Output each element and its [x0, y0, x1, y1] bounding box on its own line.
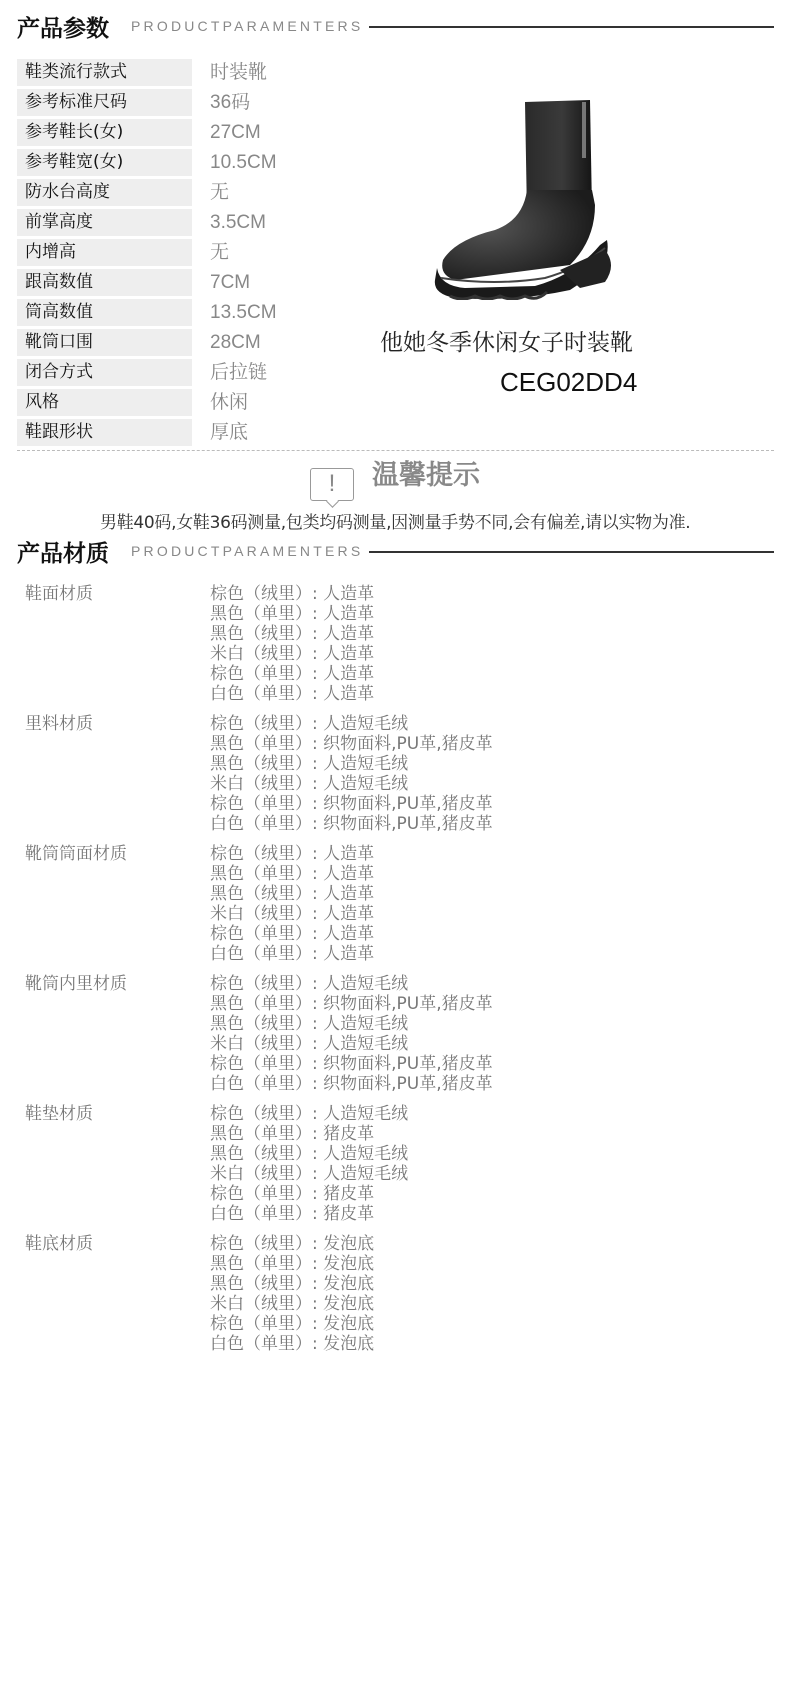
section-title: 产品材质 — [17, 535, 109, 568]
param-value: 无 — [210, 239, 229, 269]
param-label: 参考鞋宽(女) — [17, 149, 192, 176]
param-row: 风格休闲 — [17, 389, 397, 419]
material-value: 棕色（单里）: 人造革 — [210, 664, 374, 684]
material-value: 米白（绒里）: 人造短毛绒 — [210, 1034, 493, 1054]
material-value: 黑色（绒里）: 人造革 — [210, 624, 374, 644]
param-label: 鞋类流行款式 — [17, 59, 192, 86]
material-value: 米白（绒里）: 人造革 — [210, 904, 374, 924]
material-value: 棕色（绒里）: 人造革 — [210, 584, 374, 604]
param-label: 筒高数值 — [17, 299, 192, 326]
param-label: 鞋跟形状 — [17, 419, 192, 446]
material-value: 米白（绒里）: 人造革 — [210, 644, 374, 664]
material-value: 白色（单里）: 人造革 — [210, 684, 374, 704]
param-label: 内增高 — [17, 239, 192, 266]
material-label: 鞋面材质 — [17, 584, 210, 714]
material-group: 靴筒内里材质 棕色（绒里）: 人造短毛绒 黑色（单里）: 织物面料,PU革,猪皮… — [17, 974, 757, 1104]
param-label: 跟高数值 — [17, 269, 192, 296]
section-subtitle: PRODUCTPARAMENTERS — [131, 18, 363, 34]
material-value: 棕色（绒里）: 人造短毛绒 — [210, 974, 493, 994]
param-value: 36码 — [210, 89, 250, 119]
material-group: 鞋垫材质 棕色（绒里）: 人造短毛绒 黑色（单里）: 猪皮革 黑色（绒里）: 人… — [17, 1104, 757, 1234]
material-value: 黑色（绒里）: 发泡底 — [210, 1274, 374, 1294]
material-value: 棕色（绒里）: 发泡底 — [210, 1234, 374, 1254]
param-label: 参考鞋长(女) — [17, 119, 192, 146]
materials-list: 鞋面材质 棕色（绒里）: 人造革 黑色（单里）: 人造革 黑色（绒里）: 人造革… — [17, 584, 757, 1364]
param-row: 参考标准尺码36码 — [17, 89, 397, 119]
material-value: 黑色（单里）: 发泡底 — [210, 1254, 374, 1274]
param-row: 参考鞋宽(女)10.5CM — [17, 149, 397, 179]
param-row: 防水台高度无 — [17, 179, 397, 209]
param-value: 厚底 — [210, 419, 248, 449]
param-label: 前掌高度 — [17, 209, 192, 236]
material-value: 棕色（绒里）: 人造短毛绒 — [210, 1104, 408, 1124]
param-label: 闭合方式 — [17, 359, 192, 386]
section-header-params: 产品参数 PRODUCTPARAMENTERS — [17, 6, 774, 46]
material-value: 棕色（绒里）: 人造革 — [210, 844, 374, 864]
material-label: 靴筒内里材质 — [17, 974, 210, 1104]
material-value: 白色（单里）: 织物面料,PU革,猪皮革 — [210, 1074, 493, 1094]
material-value: 米白（绒里）: 人造短毛绒 — [210, 1164, 408, 1184]
param-row: 鞋跟形状厚底 — [17, 419, 397, 449]
param-value: 3.5CM — [210, 209, 266, 239]
material-label: 鞋垫材质 — [17, 1104, 210, 1234]
param-value: 13.5CM — [210, 299, 277, 329]
material-group: 里料材质 棕色（绒里）: 人造短毛绒 黑色（单里）: 织物面料,PU革,猪皮革 … — [17, 714, 757, 844]
param-row: 前掌高度3.5CM — [17, 209, 397, 239]
material-value: 白色（单里）: 猪皮革 — [210, 1204, 408, 1224]
material-value: 黑色（绒里）: 人造短毛绒 — [210, 1014, 493, 1034]
material-label: 靴筒筒面材质 — [17, 844, 210, 974]
tip-title: 温馨提示 — [372, 453, 480, 492]
param-value: 10.5CM — [210, 149, 277, 179]
material-value: 棕色（绒里）: 人造短毛绒 — [210, 714, 493, 734]
material-value: 棕色（单里）: 织物面料,PU革,猪皮革 — [210, 1054, 493, 1074]
material-group: 鞋面材质 棕色（绒里）: 人造革 黑色（单里）: 人造革 黑色（绒里）: 人造革… — [17, 584, 757, 714]
param-row: 闭合方式后拉链 — [17, 359, 397, 389]
section-title: 产品参数 — [17, 10, 109, 43]
section-subtitle: PRODUCTPARAMENTERS — [131, 543, 363, 559]
exclamation-speech-bubble-icon: ! — [310, 468, 354, 501]
param-label: 靴筒口围 — [17, 329, 192, 356]
material-value: 棕色（单里）: 猪皮革 — [210, 1184, 408, 1204]
material-value: 白色（单里）: 发泡底 — [210, 1334, 374, 1354]
section-header-materials: 产品材质 PRODUCTPARAMENTERS — [17, 531, 774, 571]
param-row: 跟高数值7CM — [17, 269, 397, 299]
param-row: 内增高无 — [17, 239, 397, 269]
header-rule — [369, 26, 774, 28]
param-value: 时装靴 — [210, 59, 267, 89]
param-value: 后拉链 — [210, 359, 267, 389]
material-value: 棕色（单里）: 发泡底 — [210, 1314, 374, 1334]
tip-text: 男鞋40码,女鞋36码测量,包类均码测量,因测量手势不同,会有偏差,请以实物为准… — [0, 508, 790, 533]
material-value: 黑色（单里）: 人造革 — [210, 864, 374, 884]
param-row: 鞋类流行款式时装靴 — [17, 59, 397, 89]
param-value: 7CM — [210, 269, 250, 299]
param-value: 休闲 — [210, 389, 248, 419]
material-value: 黑色（单里）: 人造革 — [210, 604, 374, 624]
param-label: 风格 — [17, 389, 192, 416]
material-value: 黑色（单里）: 织物面料,PU革,猪皮革 — [210, 994, 493, 1014]
param-value: 27CM — [210, 119, 261, 149]
material-value: 米白（绒里）: 发泡底 — [210, 1294, 374, 1314]
material-value: 米白（绒里）: 人造短毛绒 — [210, 774, 493, 794]
material-value: 白色（单里）: 织物面料,PU革,猪皮革 — [210, 814, 493, 834]
material-value: 棕色（单里）: 人造革 — [210, 924, 374, 944]
material-value: 黑色（单里）: 织物面料,PU革,猪皮革 — [210, 734, 493, 754]
material-group: 鞋底材质 棕色（绒里）: 发泡底 黑色（单里）: 发泡底 黑色（绒里）: 发泡底… — [17, 1234, 757, 1364]
material-value: 白色（单里）: 人造革 — [210, 944, 374, 964]
param-row: 靴筒口围28CM — [17, 329, 397, 359]
boot-icon — [395, 90, 695, 300]
product-name: 他她冬季休闲女子时装靴 — [380, 324, 680, 357]
header-rule — [369, 551, 774, 553]
material-value: 黑色（绒里）: 人造革 — [210, 884, 374, 904]
material-value: 黑色（绒里）: 人造短毛绒 — [210, 1144, 408, 1164]
param-value: 无 — [210, 179, 229, 209]
product-code: CEG02DD4 — [500, 367, 700, 398]
param-label: 参考标准尺码 — [17, 89, 192, 116]
material-group: 靴筒筒面材质 棕色（绒里）: 人造革 黑色（单里）: 人造革 黑色（绒里）: 人… — [17, 844, 757, 974]
material-label: 鞋底材质 — [17, 1234, 210, 1364]
material-value: 黑色（绒里）: 人造短毛绒 — [210, 754, 493, 774]
material-label: 里料材质 — [17, 714, 210, 844]
param-row: 筒高数值13.5CM — [17, 299, 397, 329]
material-value: 棕色（单里）: 织物面料,PU革,猪皮革 — [210, 794, 493, 814]
param-row: 参考鞋长(女)27CM — [17, 119, 397, 149]
param-value: 28CM — [210, 329, 261, 359]
params-table: 鞋类流行款式时装靴 参考标准尺码36码 参考鞋长(女)27CM 参考鞋宽(女)1… — [17, 59, 397, 449]
product-image — [395, 90, 695, 300]
param-label: 防水台高度 — [17, 179, 192, 206]
material-value: 黑色（单里）: 猪皮革 — [210, 1124, 408, 1144]
dashed-divider — [17, 450, 774, 451]
